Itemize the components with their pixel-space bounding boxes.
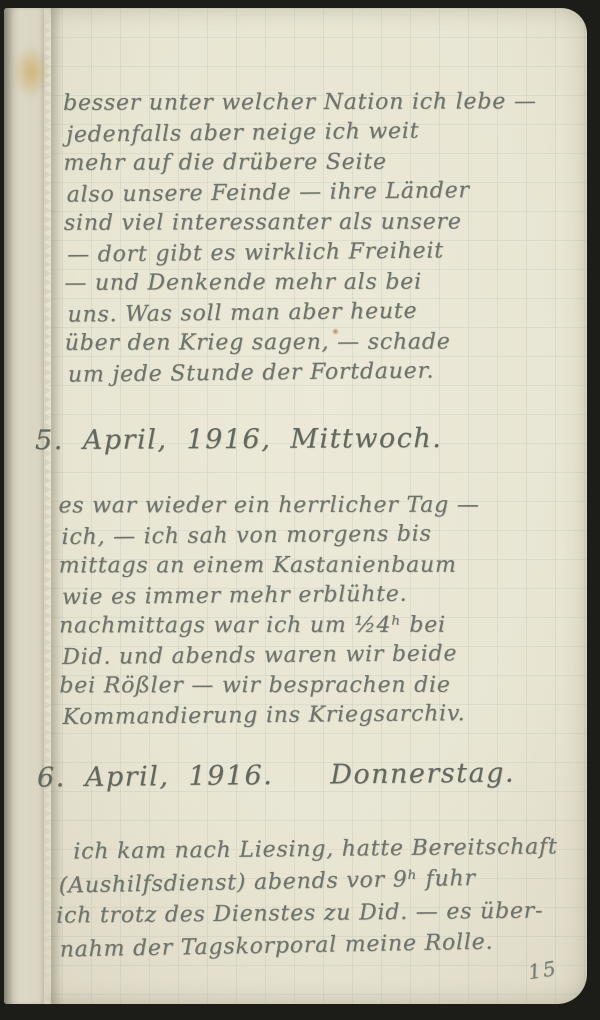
handwritten-line: wie es immer mehr erblühte.: [62, 579, 483, 613]
handwritten-line: mittags an einem Kastanienbaum: [59, 551, 480, 582]
handwritten-line: um jede Stunde der Fortdauer.: [68, 355, 542, 390]
paper-stain: [13, 46, 49, 98]
handwritten-line: nachmittags war ich um ½4ʰ bei: [59, 611, 480, 642]
handwritten-line: ich, — ich sah von morgens bis: [61, 519, 482, 553]
binding-stub: [4, 8, 44, 1004]
diary-paragraph-1: besser unter welcher Nation ich lebe — j…: [63, 86, 539, 389]
handwritten-line: uns. Was soll man aber heute: [67, 295, 541, 330]
notebook-page: besser unter welcher Nation ich lebe — j…: [4, 8, 587, 1004]
handwritten-line: Did. und abends waren wir beide: [62, 639, 483, 673]
handwritten-line: mehr auf die drübere Seite: [63, 147, 537, 179]
handwritten-line: also unsere Feinde — ihre Länder: [67, 175, 541, 210]
notebook-scan: besser unter welcher Nation ich lebe — j…: [0, 0, 600, 1020]
handwritten-line: — dort gibt es wirklich Freiheit: [67, 235, 541, 270]
handwritten-line: über den Krieg sagen, — schade: [65, 327, 539, 359]
handwritten-line: Kommandierung ins Kriegsarchiv.: [62, 699, 483, 733]
diary-paragraph-2: es war wieder ein herrlicher Tag — ich, …: [58, 490, 480, 732]
handwritten-line: es war wieder ein herrlicher Tag —: [58, 491, 479, 522]
handwritten-line: jedenfalls aber neige ich weit: [66, 115, 540, 150]
entry-date-heading-1: 5. April, 1916, Mittwoch.: [35, 423, 442, 456]
handwritten-line: besser unter welcher Nation ich lebe —: [63, 87, 537, 119]
entry-weekday: Donnerstag.: [330, 757, 515, 790]
diary-paragraph-3: ich kam nach Liesing, hatte Bereitschaft…: [55, 830, 559, 965]
entry-date: 6. April, 1916.: [37, 760, 274, 793]
handwritten-line: — und Denkende mehr als bei: [64, 267, 538, 299]
handwritten-line: sind viel interessanter als unsere: [64, 207, 538, 239]
page-number: 15: [526, 956, 559, 984]
entry-date-heading-2: 6. April, 1916. Donnerstag.: [37, 757, 515, 793]
handwritten-line: bei Rößler — wir besprachen die: [59, 671, 480, 702]
